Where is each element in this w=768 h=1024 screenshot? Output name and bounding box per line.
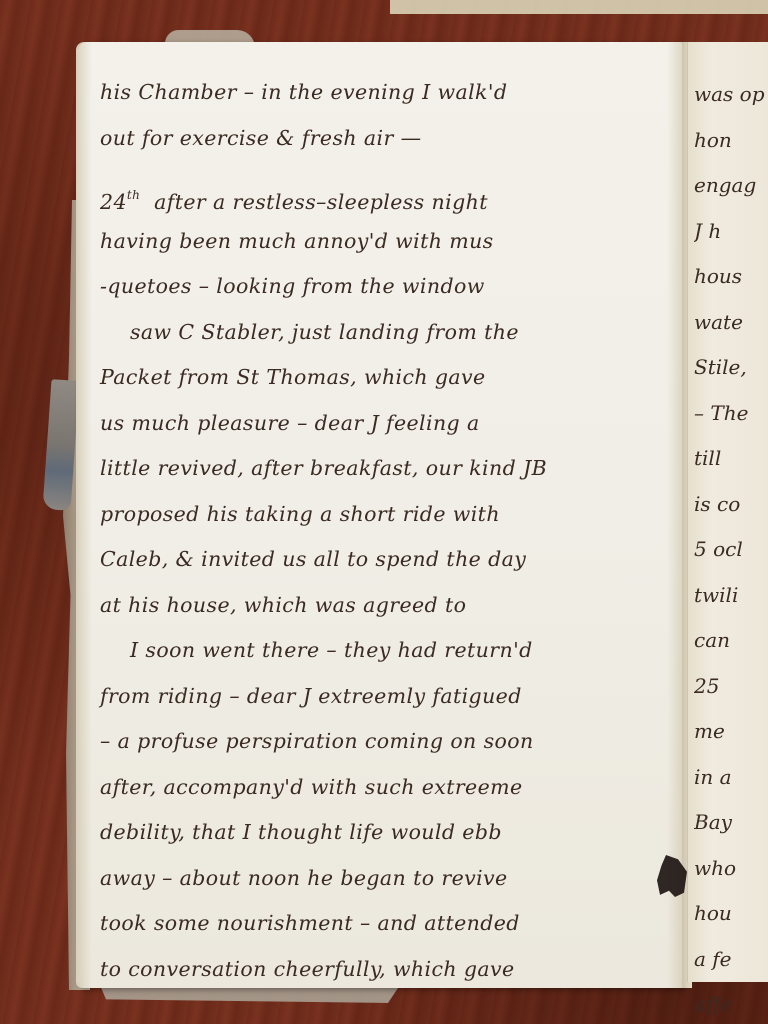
fragment-line: me <box>694 709 768 755</box>
fragment-line: hon <box>694 118 768 164</box>
fragment-line: 25 <box>694 664 768 710</box>
fragment-line: hou <box>694 891 768 937</box>
fragment-line: twili <box>694 573 768 619</box>
text-line: from riding – dear J extreemly fatigued <box>100 674 675 720</box>
fragment-line: Bay <box>694 800 768 846</box>
text-line: out for exercise & fresh air — <box>100 116 675 162</box>
fragment-line: – The <box>694 391 768 437</box>
fragment-line: till <box>694 436 768 482</box>
text-line: away – about noon he began to revive <box>100 856 675 902</box>
text-line: proposed his taking a short ride with <box>100 492 675 538</box>
text-line: at his house, which was agreed to <box>100 583 675 629</box>
text-line: Packet from St Thomas, which gave <box>100 355 675 401</box>
fragment-line: affe <box>694 982 768 1024</box>
date-day: 24 <box>100 190 127 214</box>
fragment-line: 5 ocl <box>694 527 768 573</box>
text-line-dated: 24th after a restless–sleepless night <box>100 173 675 219</box>
fragment-line: engag <box>694 163 768 209</box>
fragment-line: wate <box>694 300 768 346</box>
text-line: took some nourishment – and attended <box>100 901 675 947</box>
left-journal-page: his Chamber – in the evening I walk'd ou… <box>78 42 685 988</box>
fragment-line: can <box>694 618 768 664</box>
text-line: to conversation cheerfully, which gave <box>100 947 675 993</box>
text-line: after, accompany'd with such extreeme <box>100 765 675 811</box>
fragment-line: a fe <box>694 937 768 983</box>
text-line: Caleb, & invited us all to spend the day <box>100 537 675 583</box>
fragment-line: in a <box>694 755 768 801</box>
text-line: saw C Stabler, just landing from the <box>100 310 675 356</box>
text-line: I soon went there – they had return'd <box>100 628 675 674</box>
fragment-line: Stile, <box>694 345 768 391</box>
fragment-line: is co <box>694 482 768 528</box>
text-line: debility, that I thought life would ebb <box>100 810 675 856</box>
paper-strip-top <box>390 0 768 14</box>
right-page-text: was op hon engag J h hous wate Stile, – … <box>694 72 768 1024</box>
date-suffix: th <box>127 188 140 202</box>
left-page-text: his Chamber – in the evening I walk'd ou… <box>100 70 675 992</box>
text-line: – a profuse perspiration coming on soon <box>100 719 675 765</box>
text-line: -quetoes – looking from the window <box>100 264 675 310</box>
text-line: us much pleasure – dear J feeling a <box>100 401 675 447</box>
fragment-line: was op <box>694 72 768 118</box>
text-line-content: after a restless–sleepless night <box>154 190 488 214</box>
fragment-line: hous <box>694 254 768 300</box>
text-line: having been much annoy'd with mus <box>100 219 675 265</box>
fragment-line: J h <box>694 209 768 255</box>
text-line: little revived, after breakfast, our kin… <box>100 446 675 492</box>
fragment-line: who <box>694 846 768 892</box>
text-line: his Chamber – in the evening I walk'd <box>100 70 675 116</box>
right-journal-page: was op hon engag J h hous wate Stile, – … <box>688 42 768 982</box>
